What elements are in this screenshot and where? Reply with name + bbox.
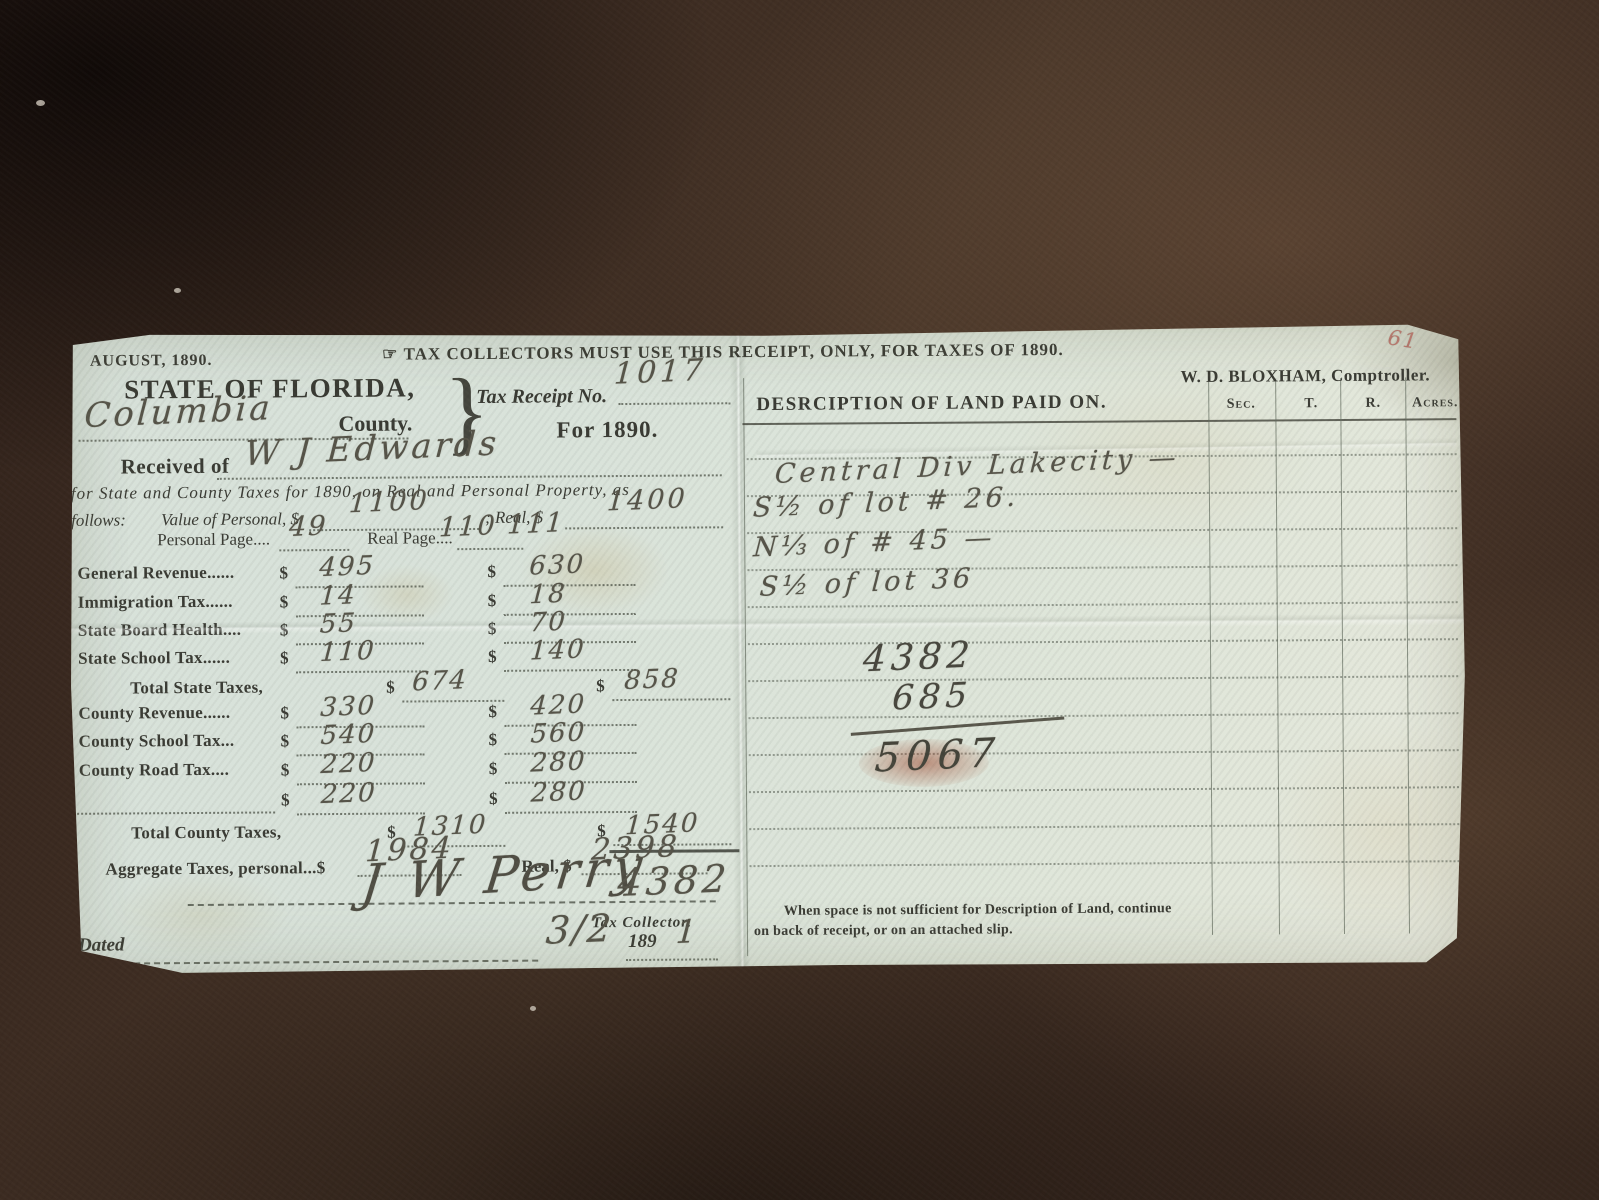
dotted-leader <box>77 795 275 814</box>
tax-row-label: County Revenue...... <box>78 703 230 724</box>
land-row-line <box>748 675 1458 682</box>
tax-receipt-paper: AUGUST, 1890. ☞ TAX COLLECTORS MUST USE … <box>66 321 1468 977</box>
real-amount-handwritten: 280 <box>530 776 587 808</box>
column-line <box>1208 379 1213 935</box>
dollar-sign: $ <box>596 676 605 696</box>
dollar-sign: $ <box>281 760 290 780</box>
sum-total-handwritten: 5067 <box>873 730 1002 781</box>
column-header-r: R. <box>1343 396 1403 412</box>
signature-number-handwritten: 4382 <box>616 856 731 905</box>
land-row-line <box>750 860 1460 867</box>
column-line <box>1275 378 1280 934</box>
dollar-sign: $ <box>280 703 289 723</box>
year-printed: 189 <box>628 931 657 953</box>
dollar-sign: $ <box>489 789 498 809</box>
dotted-leader <box>504 593 636 616</box>
dollar-sign: $ <box>488 591 497 611</box>
continuation-note-line2: on back of receipt, or on an attached sl… <box>754 922 1013 940</box>
personal-page-handwritten: 49 <box>288 510 328 543</box>
tax-row-label: Total State Taxes, <box>130 678 263 699</box>
land-row-line <box>749 749 1459 756</box>
dollar-sign: $ <box>281 731 290 751</box>
land-row-line <box>748 712 1458 719</box>
land-entry-handwritten: N⅓ of # 45 — <box>752 522 996 563</box>
real-amount-handwritten: 70 <box>529 607 568 639</box>
sum-addend-handwritten: 685 <box>891 675 973 718</box>
tax-row-label: Immigration Tax...... <box>78 592 233 613</box>
column-line <box>1340 378 1345 934</box>
county-name-handwritten: Columbia <box>83 388 274 436</box>
dollar-sign: $ <box>487 562 496 582</box>
column-line <box>1405 378 1410 934</box>
personal-amount-handwritten: 495 <box>318 551 375 583</box>
land-table-title: DESRCIPTION OF LAND PAID ON. <box>756 392 1086 416</box>
dollar-sign: $ <box>489 730 498 750</box>
land-row-line <box>749 786 1459 793</box>
form-month-label: AUGUST, 1890. <box>90 352 213 371</box>
dated-line <box>134 940 538 965</box>
personal-amount-handwritten: 220 <box>320 778 377 810</box>
header-rule <box>742 418 1456 425</box>
stain <box>1269 721 1511 943</box>
personal-amount-handwritten: 55 <box>319 608 358 640</box>
value-real-handwritten: 1400 <box>606 483 689 517</box>
for-year-label: For 1890. <box>556 417 658 444</box>
sum-top-handwritten: 4382 <box>862 635 976 681</box>
dated-label: Dated <box>78 934 125 956</box>
pointing-hand-icon: ☞ <box>382 345 398 364</box>
year-suffix-handwritten: 1 <box>675 912 700 951</box>
date-handwritten: 3/2 <box>545 906 615 953</box>
real-page-handwritten: 110 111 <box>438 507 566 543</box>
real-amount-handwritten: 18 <box>529 579 568 611</box>
dollar-sign: $ <box>280 648 289 668</box>
real-amount-handwritten: 630 <box>528 549 585 581</box>
aggregate-label: Aggregate Taxes, personal...$ <box>105 858 325 880</box>
dollar-sign: $ <box>488 702 497 722</box>
dollar-sign: $ <box>280 620 289 640</box>
dollar-sign: $ <box>281 790 290 810</box>
land-row-line <box>749 823 1459 830</box>
personal-amount-handwritten: 540 <box>320 719 377 751</box>
lint-speck <box>174 288 181 293</box>
received-of-label: Received of <box>121 454 230 480</box>
notice-text: TAX COLLECTORS MUST USE THIS RECEIPT, ON… <box>404 340 1064 364</box>
dollar-sign: $ <box>280 592 289 612</box>
personal-amount-handwritten: 674 <box>411 665 468 697</box>
personal-amount-handwritten: 14 <box>319 580 358 612</box>
real-amount-handwritten: 280 <box>530 746 587 778</box>
lint-speck <box>36 100 45 106</box>
comptroller-name: W. D. BLOXHAM, Comptroller. <box>1181 365 1431 387</box>
tax-row-label: General Revenue...... <box>77 563 234 584</box>
column-header-acres: Acres. <box>1405 395 1465 411</box>
dollar-sign: $ <box>489 759 498 779</box>
personal-amount-handwritten: 220 <box>320 748 377 780</box>
notice-banner: ☞ TAX COLLECTORS MUST USE THIS RECEIPT, … <box>203 339 1243 366</box>
real-amount-handwritten: 858 <box>623 664 680 696</box>
real-amount-handwritten: 140 <box>529 634 586 666</box>
value-personal-handwritten: 1100 <box>348 485 431 519</box>
personal-page-label: Personal Page.... <box>157 529 270 550</box>
column-header-t: T. <box>1281 396 1341 412</box>
land-row-line <box>748 601 1458 608</box>
continuation-note-line1: When space is not sufficient for Descrip… <box>784 901 1172 920</box>
tax-row-label: State School Tax...... <box>78 648 230 669</box>
corner-red-mark: 61 <box>1386 325 1420 353</box>
tax-row-label: County School Tax... <box>79 731 235 752</box>
tax-row-label: State Board Health.... <box>78 620 242 641</box>
value-personal-label: Value of Personal, $ <box>161 509 299 530</box>
lint-speck <box>530 1006 536 1011</box>
dollar-sign: $ <box>279 563 288 583</box>
land-row-line <box>748 638 1458 645</box>
dotted-leader <box>296 594 424 617</box>
receipt-no-label: Tax Receipt No. <box>476 385 607 409</box>
tax-row-label: County Road Tax.... <box>79 760 229 781</box>
tax-row-label: Total County Taxes, <box>131 822 281 843</box>
dollar-sign: $ <box>488 647 497 667</box>
dollar-sign: $ <box>488 619 497 639</box>
photo-background: AUGUST, 1890. ☞ TAX COLLECTORS MUST USE … <box>0 0 1599 1200</box>
receipt-no-value: 1017 <box>613 353 707 392</box>
column-header-sec: Sec. <box>1211 396 1271 412</box>
personal-amount-handwritten: 110 <box>319 636 376 668</box>
dollar-sign: $ <box>386 678 395 698</box>
follows-label: follows: <box>71 510 126 530</box>
real-amount-handwritten: 560 <box>530 717 587 749</box>
